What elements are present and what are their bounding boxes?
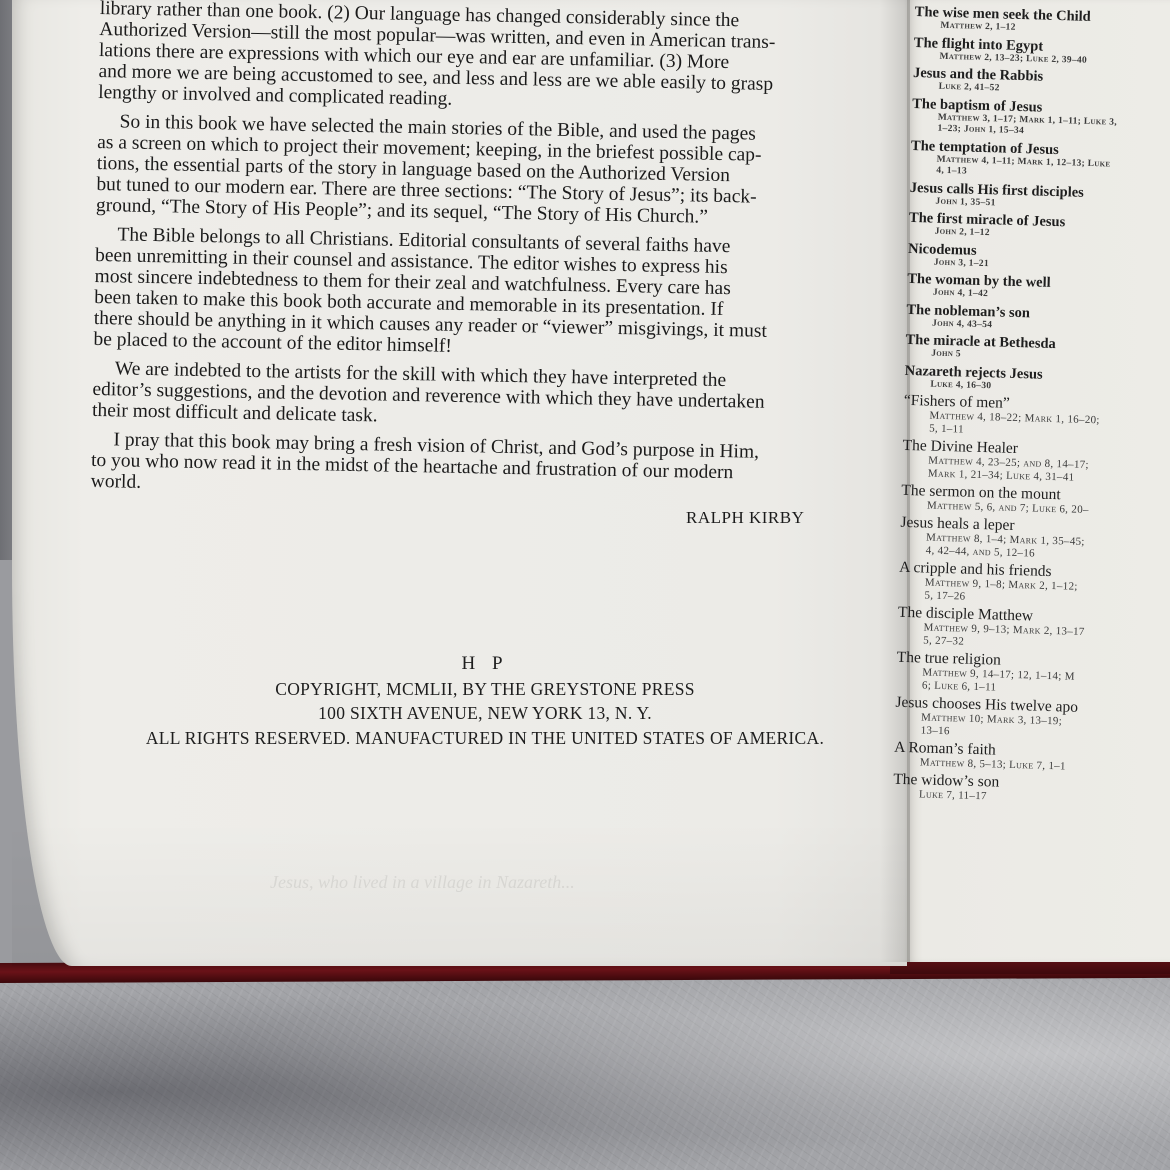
toc-entry: The nobleman’s sonJohn 4, 43–54: [906, 301, 1167, 336]
publisher-address: 100 SIXTH AVENUE, NEW YORK 13, N. Y.: [80, 701, 890, 726]
toc-entry: The sermon on the mountMatthew 5, 6, and…: [901, 483, 1162, 519]
publisher-mark: H P: [80, 652, 890, 677]
toc-entry: The widow’s sonLuke 7, 11–17: [893, 772, 1154, 808]
toc-entry: The disciple MatthewMatthew 9, 9–13; Mar…: [897, 605, 1158, 654]
preface-paragraph: I pray that this book may bring a fresh …: [91, 429, 852, 507]
toc-entry: A Roman’s faithMatthew 8, 5–13; Luke 7, …: [894, 740, 1155, 776]
toc-entry: The flight into EgyptMatthew 2, 13–23; L…: [913, 34, 1170, 69]
preface-paragraph: We are indebted to the artists for the s…: [92, 358, 853, 436]
preface-paragraph: So in this book we have selected the mai…: [96, 111, 858, 231]
toc-entry: The temptation of JesusMatthew 4, 1–11; …: [910, 137, 1170, 183]
toc-entry: “Fishers of men”Matthew 4, 18–22; Mark 1…: [903, 393, 1164, 442]
toc-entry: The true religionMatthew 9, 14–17; 12, 1…: [896, 650, 1157, 699]
toc-entry: The wise men seek the ChildMatthew 2, 1–…: [914, 4, 1170, 39]
table-surface: [0, 975, 1170, 1170]
toc-entry: Jesus heals a leperMatthew 8, 1–4; Mark …: [900, 515, 1161, 564]
bleed-through-text: Jesus, who lived in a village in Nazaret…: [270, 872, 575, 893]
author-signature: RALPH KIRBY: [686, 508, 804, 528]
table-of-contents: The wise men seek the ChildMatthew 2, 1–…: [893, 4, 1170, 811]
toc-entry: Jesus chooses His twelve apoMatthew 10; …: [895, 695, 1156, 744]
rights-line: ALL RIGHTS RESERVED. MANUFACTURED IN THE…: [80, 726, 890, 751]
toc-entry: The miracle at BethesdaJohn 5: [905, 332, 1166, 367]
copyright-imprint: H P COPYRIGHT, MCMLII, BY THE GREYSTONE …: [80, 652, 890, 750]
book-cover-edge-right: [890, 960, 1170, 974]
toc-entry: The woman by the wellJohn 4, 1–42: [907, 271, 1168, 306]
toc-entry: Jesus and the RabbisLuke 2, 41–52: [913, 65, 1170, 100]
preface-paragraph: The Bible belongs to all Christians. Edi…: [93, 224, 855, 365]
toc-entry: A cripple and his friendsMatthew 9, 1–8;…: [898, 560, 1159, 609]
preface-text: library rather than one book. (2) Our la…: [90, 0, 859, 514]
preface-paragraph: library rather than one book. (2) Our la…: [98, 0, 860, 118]
copyright-line: COPYRIGHT, MCMLII, BY THE GREYSTONE PRES…: [80, 677, 890, 702]
toc-entry: NicodemusJohn 3, 1–21: [908, 240, 1169, 275]
toc-entry: The Divine HealerMatthew 4, 23–25; and 8…: [902, 438, 1163, 487]
toc-entry: The first miracle of JesusJohn 2, 1–12: [908, 210, 1169, 245]
toc-entry: Jesus calls His first disciplesJohn 1, 3…: [909, 179, 1170, 214]
toc-entry: The baptism of JesusMatthew 3, 1–17; Mar…: [911, 95, 1170, 141]
toc-entry: Nazareth rejects JesusLuke 4, 16–30: [904, 362, 1165, 397]
